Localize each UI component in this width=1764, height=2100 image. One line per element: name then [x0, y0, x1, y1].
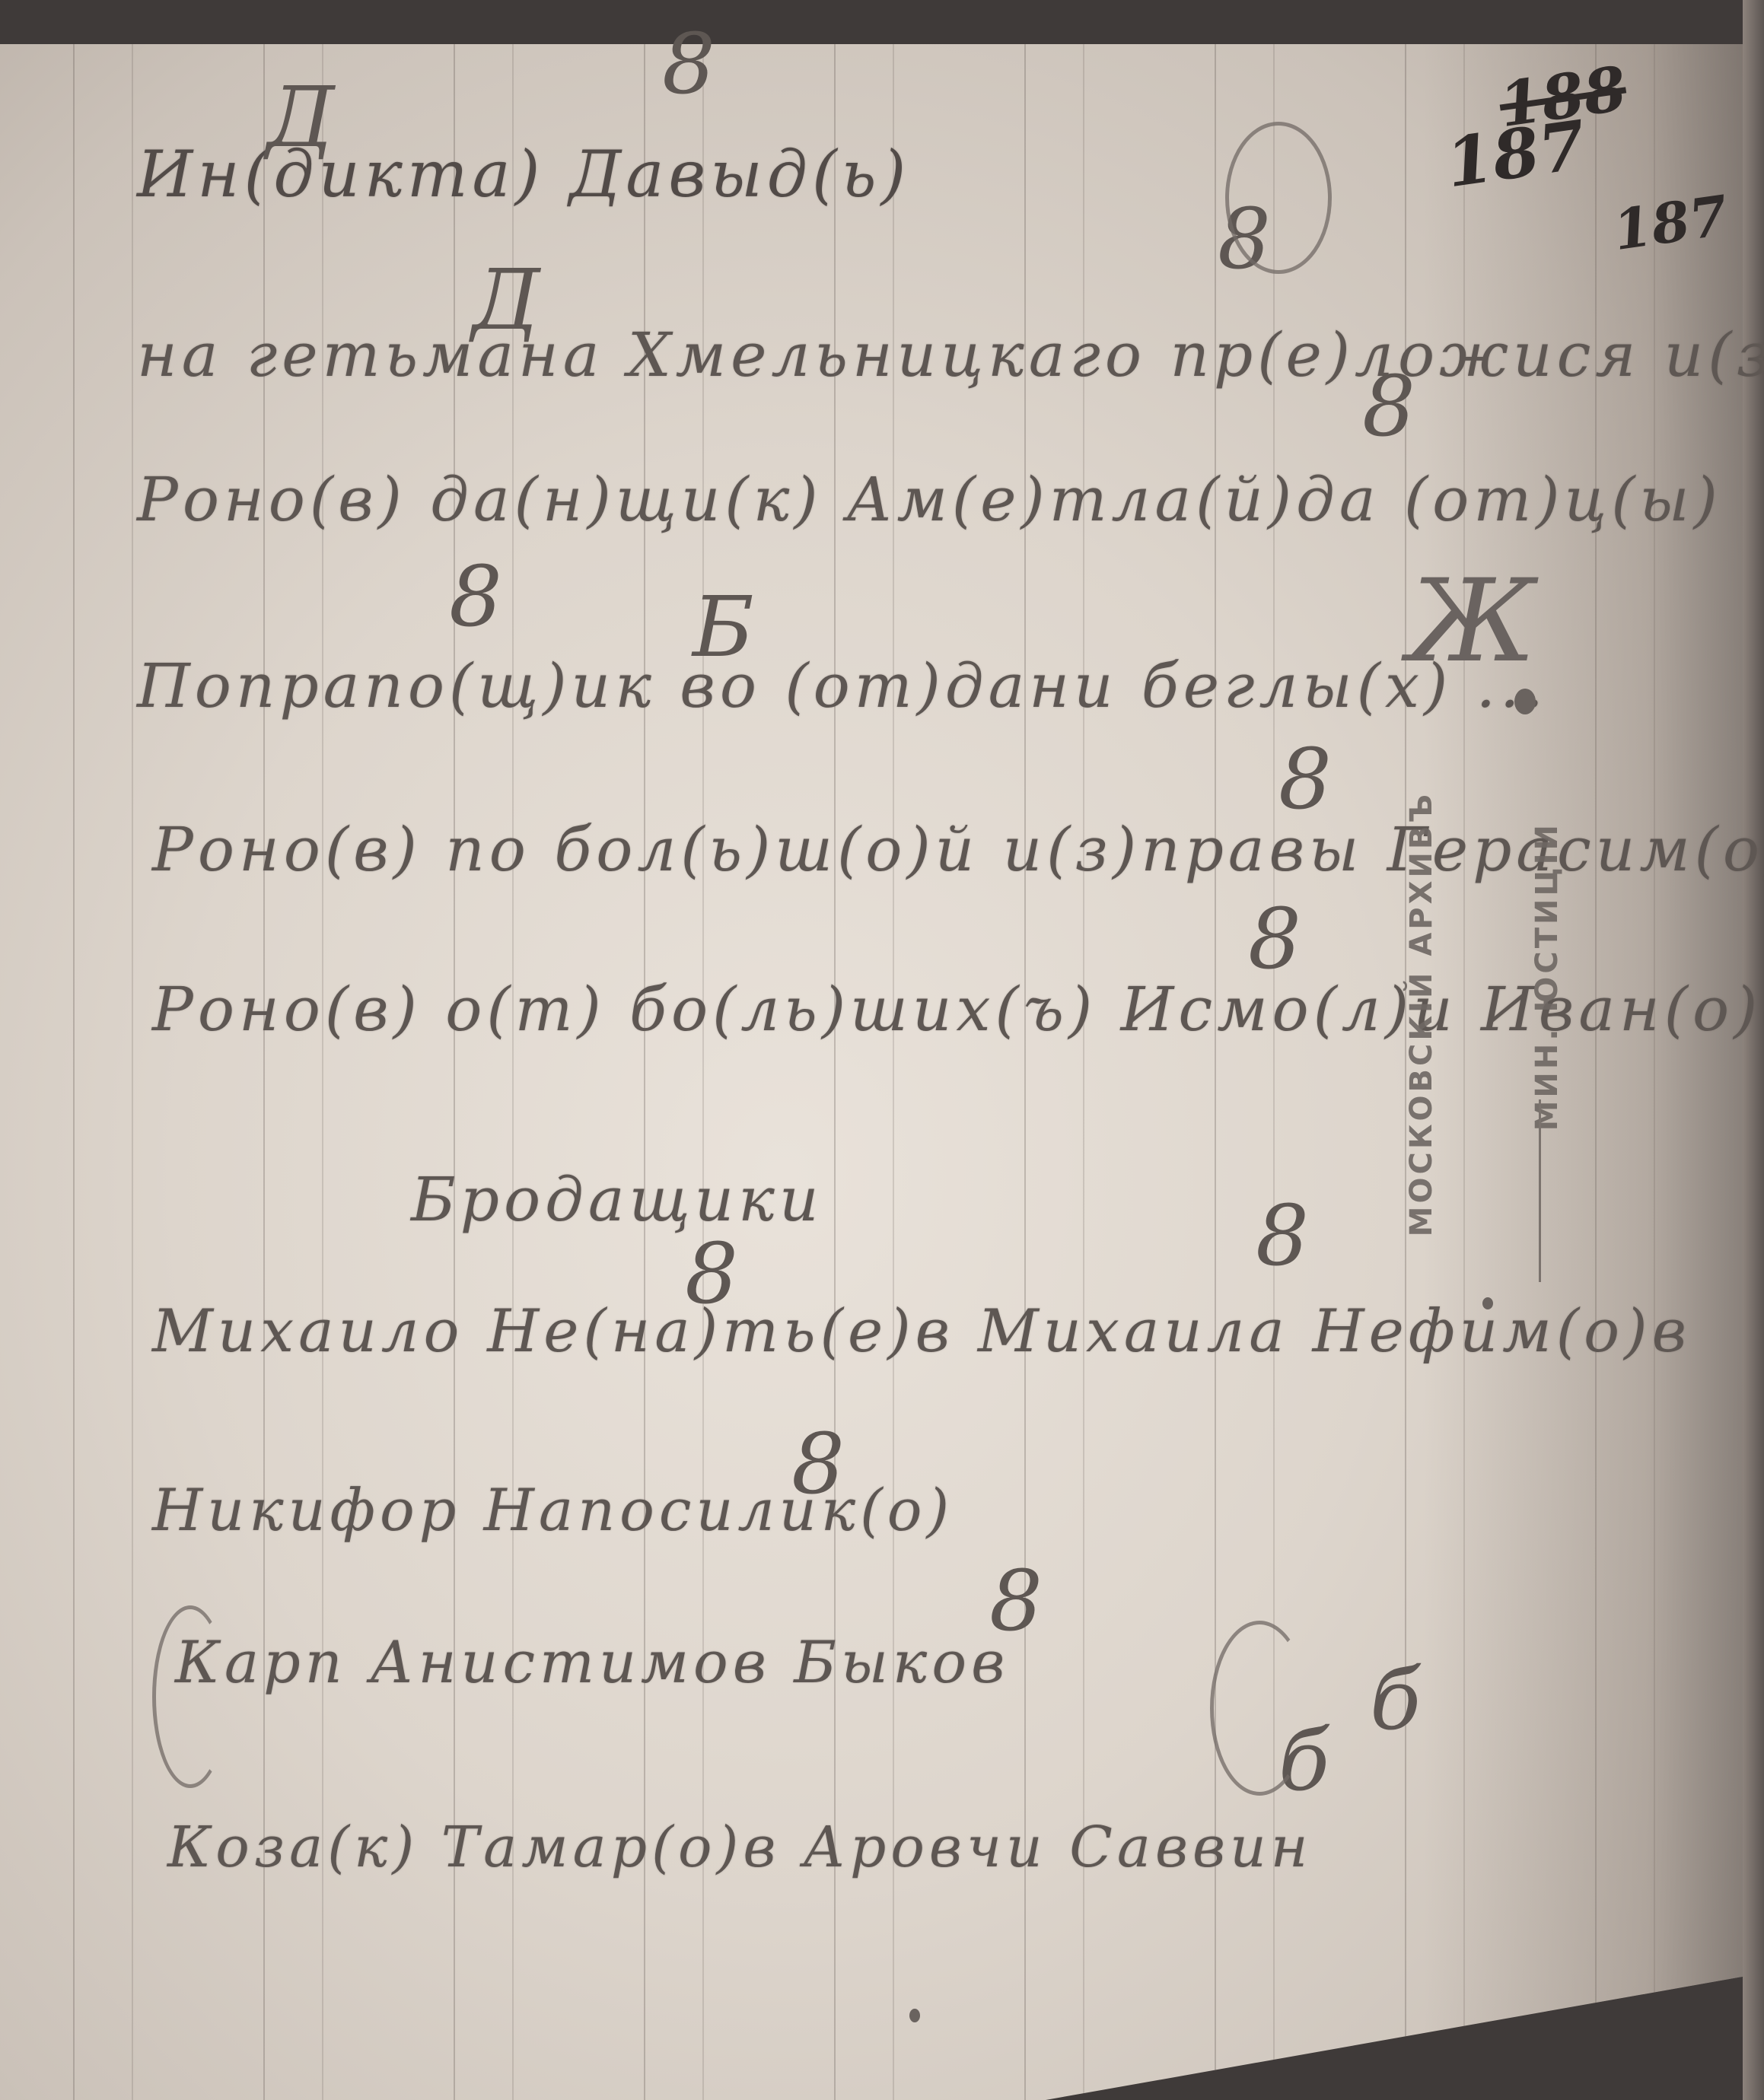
superscript-letter: 8 — [791, 1415, 845, 1513]
manuscript-line-3: Роно(в) да(н)щи(к) Ам(е)тла(й)да (от)ц(ы… — [137, 464, 1722, 535]
stamp-rule — [1539, 1099, 1541, 1282]
superscript-letter: 8 — [662, 15, 715, 113]
superscript-letter: 8 — [1362, 358, 1415, 455]
manuscript-line-10: Карп Анистимов Быков — [175, 1628, 1009, 1696]
manuscript-line-5: Роно(в) по бол(ь)ш(о)й и(з)правы Герасим… — [152, 814, 1764, 885]
manuscript-line-7-heading: Бродащики — [411, 1164, 823, 1235]
archive-stamp-line-1: МОСКОВСКІЙ АРХИВЪ — [1404, 791, 1439, 1236]
superscript-letter: б — [1370, 1651, 1421, 1748]
flourish-loop — [1210, 1621, 1309, 1796]
manuscript-line-1: Ин(дикта) Давыд(ь) — [137, 137, 910, 212]
scan-background: 188 187 187 Ин(дикта) Давыд(ь) на гетьма… — [0, 0, 1764, 2100]
manuscript-line-2: на гетьмана Хмельницкаго пр(е)ложися и(з… — [137, 320, 1764, 390]
manuscript-line-6: Роно(в) о(т) бо(ль)ших(ъ) Исмо(л)и Иван(… — [152, 974, 1764, 1045]
superscript-letter: 8 — [1248, 890, 1301, 988]
superscript-letter: Д — [266, 68, 334, 166]
superscript-letter: 8 — [1278, 730, 1332, 828]
superscript-letter: 8 — [449, 548, 502, 645]
ink-blot — [1514, 689, 1536, 714]
archive-stamp-line-2: МИН. ЮСТИЦІИ — [1530, 822, 1565, 1131]
manuscript-line-11: Коза(к) Тамар(о)в Аровчи Саввин — [167, 1815, 1313, 1880]
flourish-loop — [152, 1605, 228, 1788]
superscript-letter: 8 — [989, 1552, 1043, 1650]
flourish-loop — [1225, 122, 1332, 274]
manuscript-line-8: Михаило Не(на)ть(е)в Михаила Нефим(о)в — [152, 1297, 1691, 1366]
superscript-letter: Д — [472, 251, 540, 348]
superscript-letter: 8 — [1256, 1187, 1309, 1284]
marginal-mark: Ж — [1408, 555, 1536, 688]
manuscript-line-4: Попрапо(щ)ик во (от)дани беглы(х) ... — [137, 651, 1548, 721]
superscript-letter: Б — [693, 578, 754, 676]
superscript-letter: 8 — [685, 1225, 738, 1322]
page-edge-shadow — [1743, 0, 1764, 2100]
ink-blot — [909, 2009, 920, 2022]
ink-blot — [1482, 1297, 1493, 1309]
